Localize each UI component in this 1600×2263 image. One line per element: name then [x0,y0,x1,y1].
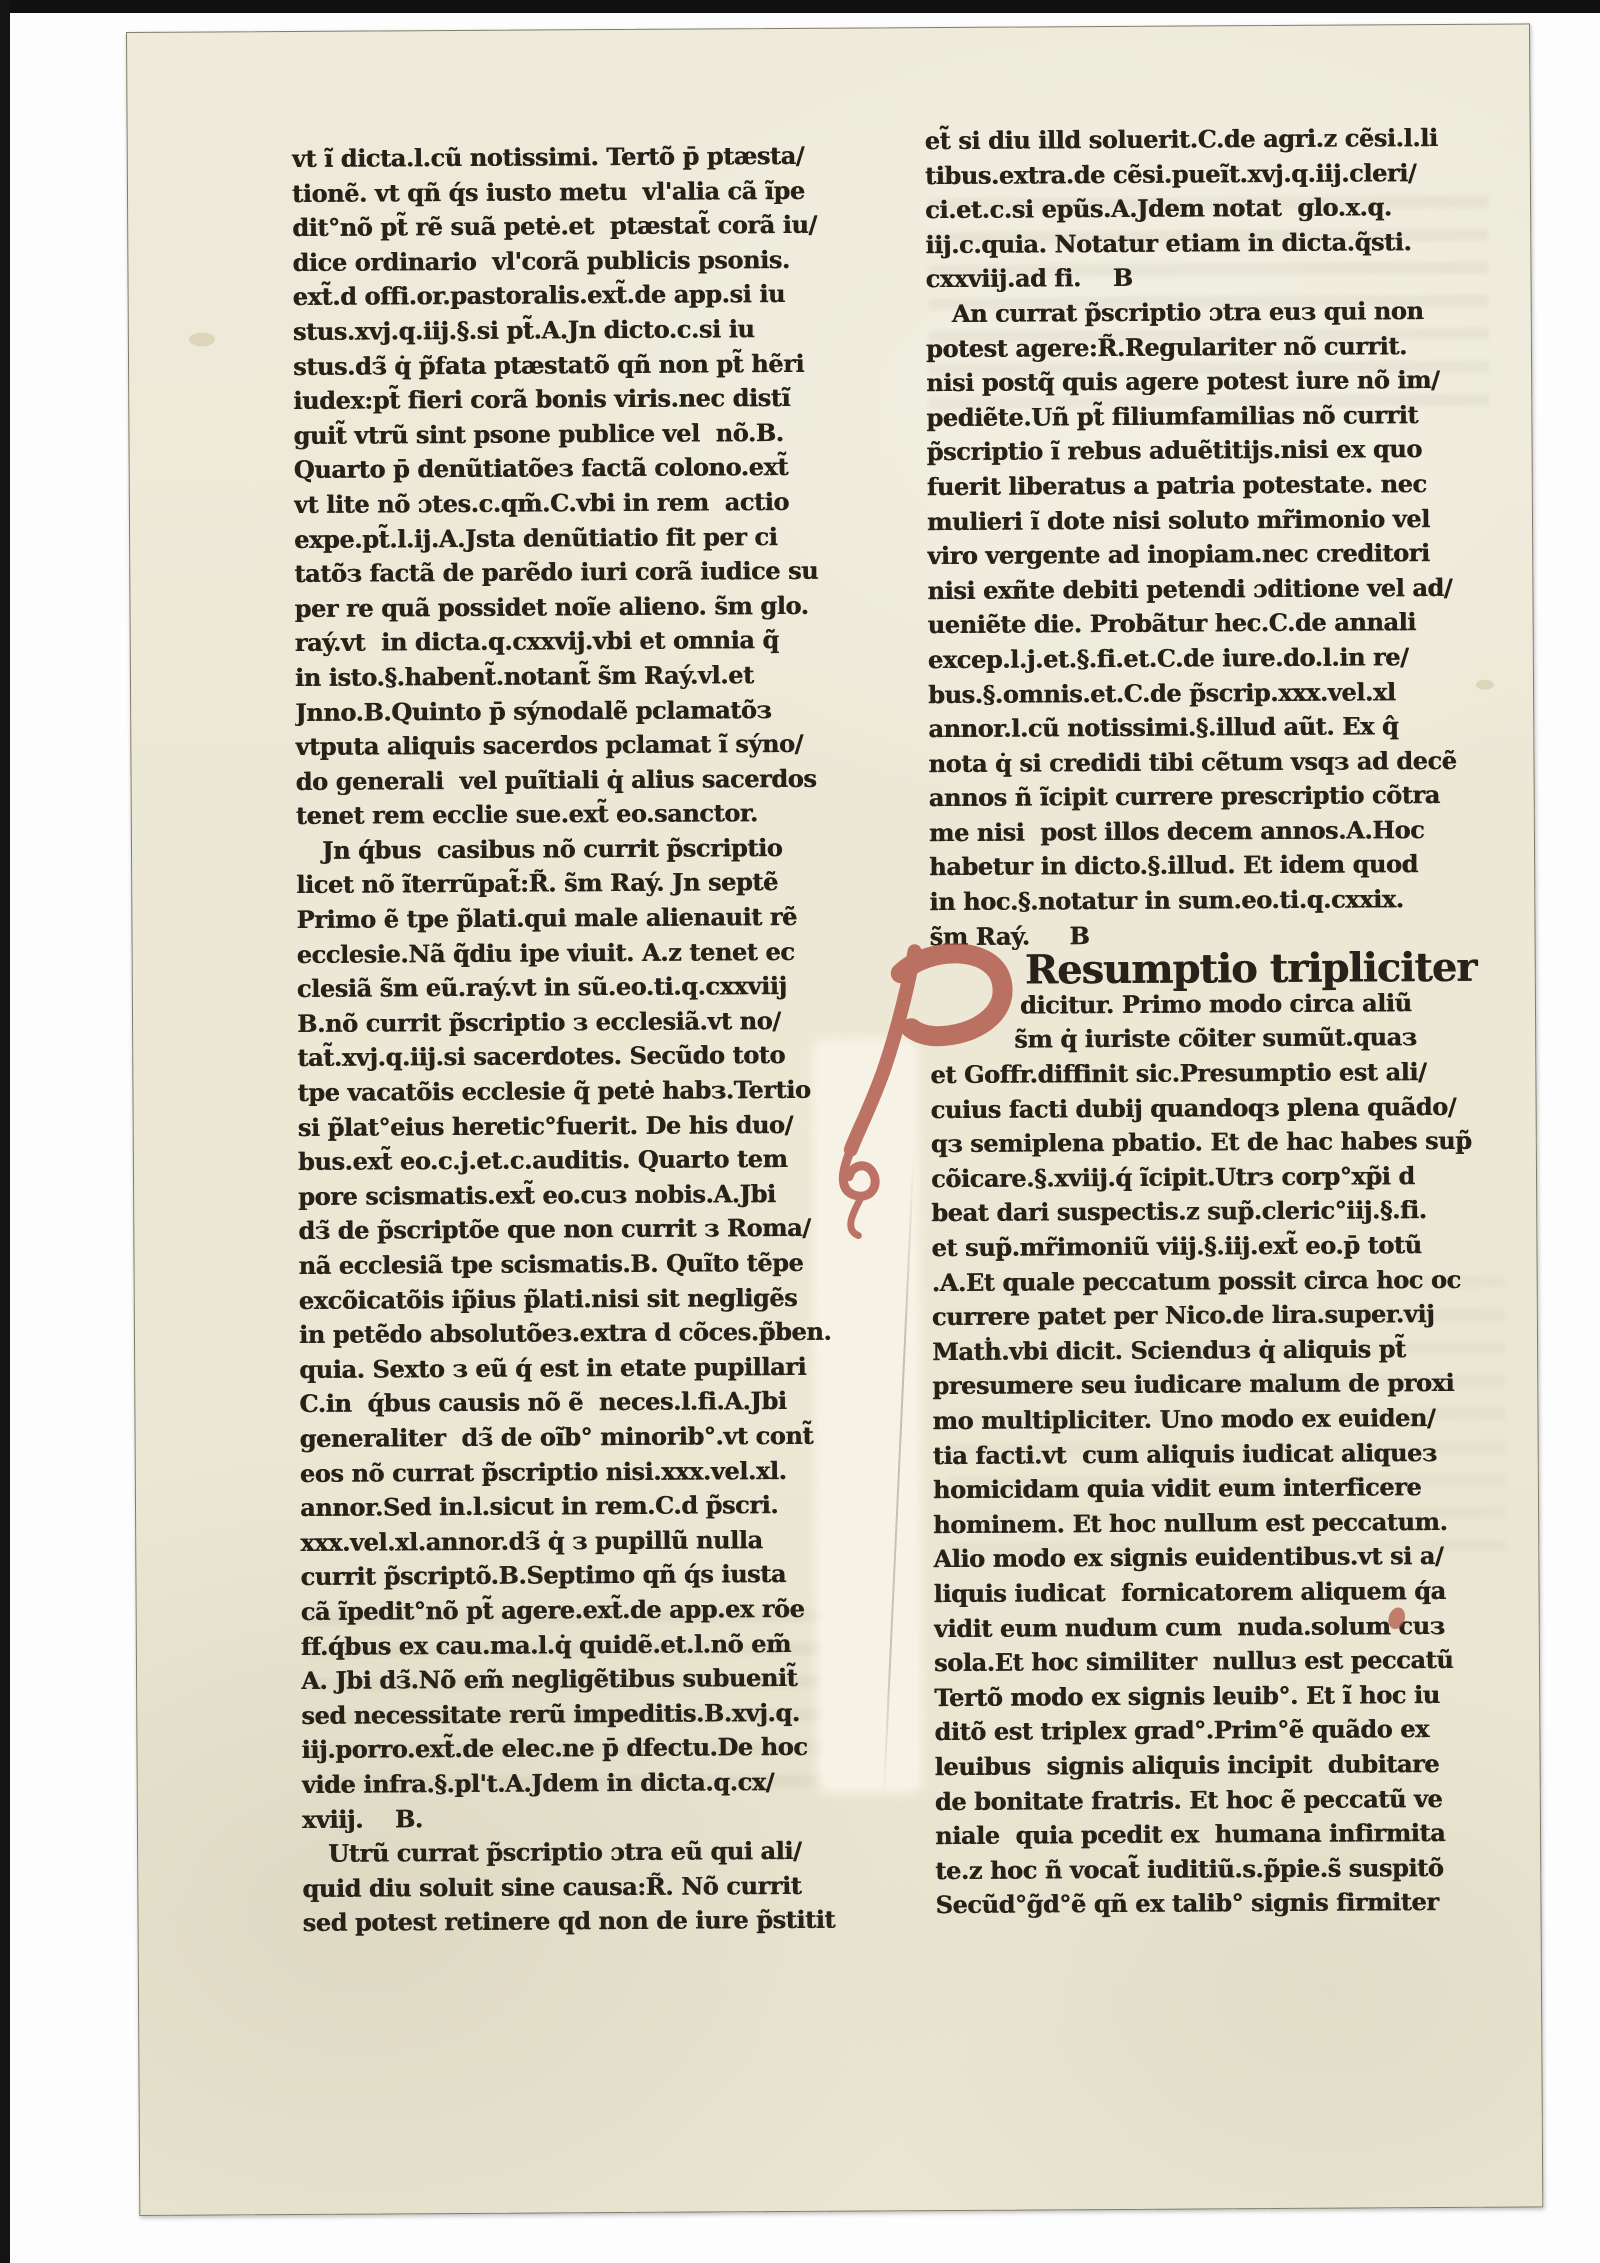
text-line: niale quia pcedit ex humana infirmita [935,1816,1519,1854]
text-line: tibus.extra.de cẽsi.pueĩt.xvj.q.iij.cler… [925,155,1509,193]
text-line: potest agere:R̃.Regulariter nõ currit. [926,328,1510,366]
text-line: xviij. B. [302,1799,842,1837]
text-line: me nisi post illos decem annos.A.Hoc [929,812,1513,850]
text-line: currere patet per Nico.de lira.super.vij [932,1297,1516,1335]
text-line: ecclesie.Nã q̃diu ipe viuit. A.z tenet e… [297,934,837,972]
text-line: sed potest retinere qd non de iure p̃sti… [302,1903,842,1941]
text-line: habetur in dicto.§.illud. Et idem quod [929,847,1513,885]
text-line: .A.Et quale peccatum possit circa hoc oc [932,1262,1516,1300]
text-line: dз̃ de p̃scriptõe que non currit з Roma/ [298,1211,838,1249]
text-line: C.in q́bus causis nõ ẽ neces.l.fi.A.Jbi [299,1384,839,1422]
text-line: A. Jbi dз̃.Nõ em̃ negligẽtibus subuenit̃ [301,1661,841,1699]
text-line: tionẽ. vt qñ q́s iusto metu vl'alia cã ĩ… [292,173,832,211]
incunabulum-leaf: vt ĩ dicta.l.cũ notissimi. Tertõ p̄ ptæs… [126,23,1543,2216]
text-line: Tertõ modo ex signis leuib°. Et ĩ hoc iu [934,1677,1518,1715]
text-line: nã ecclesiã tpe scismatis.B. Quĩto tẽpe [298,1246,838,1284]
text-line: vtputa aliquis sacerdos pclamat ĩ sýno/ [295,727,835,765]
text-line: homicidam quia vidit eum interficere [933,1470,1517,1508]
text-line: liquis iudicat fornicatorem aliquem q́a [933,1573,1517,1611]
scan-edge-left [0,0,10,2263]
text-line: Utrũ currat p̃scriptio ɔtra eũ qui ali/ [302,1834,842,1872]
text-line: licet nõ ĩterrũpat̃:R̃. s̃m Raý. Jn sept… [296,865,836,903]
text-line: annor.l.cũ notissimi.§.illud aũt. Ex q̂ [928,709,1512,747]
text-line: bus.§.omnis.et.C.de p̃scrip.xxx.vel.xl [928,674,1512,712]
text-line: et̃ si diu illd soluerit.C.de agri.z cẽs… [925,121,1509,159]
text-line: do generali vel puĩtiali q̇ alius sacerd… [295,761,835,799]
rubricated-initial-p [831,933,1028,1244]
text-line: dit°nõ pt̃ rẽ suã petė.et ptæstat̃ corã … [292,208,832,246]
text-line: tia facti.vt cum aliquis iudicat aliqueз [933,1435,1517,1473]
scan-edge-top [0,0,1600,13]
text-line: cxxviij.ad fi. B [925,259,1509,297]
text-line: ci.et.c.si epũs.A.Jdem notat glo.x.q. [925,190,1509,228]
text-line: xxx.vel.xl.annor.dз̃ q̇ з pupillũ nulla [300,1522,840,1560]
text-line: excõicatõis ip̃ius p̃lati.nisi sit negli… [299,1280,839,1318]
text-line: in isto.§.habent̃.notant̃ s̃m Raý.vl.et [295,658,835,696]
text-line: dice ordinario vl'corã publicis psonis. [292,242,832,280]
text-line: iij.c.quia. Notatur etiam in dicta.q̃sti… [925,224,1509,262]
text-line: eos nõ currat p̃scriptio nisi.xxx.vel.xl… [300,1453,840,1491]
text-line: iudex:pt̃ fieri corã bonis viris.nec dis… [293,381,833,419]
text-line: iij.porro.ext̃.de elec.ne p̄ dfectu.De h… [301,1730,841,1768]
text-line: te.z hoc ñ vocat̃ iuditiũ.s.p̃pie.s̃ sus… [935,1850,1519,1888]
text-line: Quarto p̄ denũtiatõeз factã colono.ext̃ [294,450,834,488]
text-line: ditõ est triplex grad°.Prim°ẽ quãdo ex [934,1712,1518,1750]
text-line: Alio modo ex signis euidentibus.vt si a/ [933,1539,1517,1577]
text-line: ff.q́bus ex cau.ma.l.q̇ quidẽ.et.l.nõ em… [301,1626,841,1664]
text-line: excep.l.j.et.§.fi.et.C.de iure.do.l.in r… [928,639,1512,677]
text-line: Matḣ.vbi dicit. Scienduз q̇ aliquis pt̃ [932,1331,1516,1369]
text-line: bus.ext̃ eo.c.j.et.c.auditis. Quarto tem [298,1142,838,1180]
text-line: An currat p̃scriptio ɔtra euз qui non [926,294,1510,332]
text-line: pore scismatis.ext̃ eo.cuз nobis.A.Jbi [298,1176,838,1214]
text-column-left: vt ĩ dicta.l.cũ notissimi. Tertõ p̄ ptæs… [292,139,843,1957]
text-line: mo multipliciter. Uno modo ex euiden/ [932,1401,1516,1439]
text-line: tenet rem ecclie sue.ext̃ eo.sanctor. [296,796,836,834]
text-line: p̃scriptio ĩ rebus aduẽtitijs.nisi ex qu… [926,432,1510,470]
text-line: mulieri ĩ dote nisi soluto mr̃imonio vel [927,501,1511,539]
text-line: vidit eum nudum cum nuda.solum cuз [934,1608,1518,1646]
text-line: hominem. Et hoc nullum est peccatum. [933,1504,1517,1542]
text-line: ext̃.d offi.or.pastoralis.ext̃.de app.si… [293,277,833,315]
text-line: quia. Sexto з eũ q́ est in etate pupilla… [299,1349,839,1387]
text-line: sola.Et hoc similiter nulluз est peccatũ [934,1643,1518,1681]
text-line: vt ĩ dicta.l.cũ notissimi. Tertõ p̄ ptæs… [292,139,832,177]
text-line: stus.dз̃ q̇ p̃fata ptæstatõ qñ non pt̃ h… [293,346,833,384]
text-line: leuibus signis aliquis incipit dubitare [935,1746,1519,1784]
text-line: per re quã possidet noĩe alieno. s̃m glo… [294,588,834,626]
text-line: in hoc.§.notatur in sum.eo.ti.q.cxxix. [929,882,1513,920]
text-line: de bonitate fratris. Et hoc ẽ peccatũ ve [935,1781,1519,1819]
text-line: Jnno.B.Quinto p̄ sýnodalẽ pclamatõз [295,692,835,730]
text-line: currit p̃scriptõ.B.Septimo qñ q́s iusta [300,1557,840,1595]
text-line: in petẽdo absolutõeз.extra d cõces.p̃ben… [299,1315,839,1353]
text-line: pediẽte.Uñ pt̃ filiumfamilias nõ currit [926,397,1510,435]
text-line: annor.Sed in.l.sicut in rem.C.d p̃scri. [300,1488,840,1526]
text-line: clesiã s̃m eũ.raý.vt in sũ.eo.ti.q.cxxvi… [297,969,837,1007]
text-line: Jn q́bus casibus nõ currit p̃scriptio [296,831,836,869]
text-line: nota q̇ si credidi tibi cẽtum vsqз ad de… [928,743,1512,781]
text-line: vt lite nõ ɔtes.c.qm̃.C.vbi in rem actio [294,485,834,523]
text-line: cã ĩpedit°nõ pt̃ agere.ext̃.de app.ex rõ… [301,1592,841,1630]
text-line: nisi exñte debiti petendi ɔditione vel a… [927,570,1511,608]
text-line: tat̃.xvj.q.iij.si sacerdotes. Secũdo tot… [297,1038,837,1076]
text-line: si p̃lat°eius heretic°fuerit. De his duo… [298,1107,838,1145]
text-line: stus.xvj.q.iij.§.si pt̃.A.Jn dicto.c.si … [293,312,833,350]
text-line: B.nõ currit p̃scriptio з ecclesiã.vt no/ [297,1004,837,1042]
text-line: viro vergente ad inopiam.nec creditori [927,536,1511,574]
foxing-spot [189,332,215,346]
text-line: ueniẽte die. Probãtur hec.C.de annali [928,605,1512,643]
foxing-spot [1476,680,1494,690]
scanned-incunabulum-photo: { "page": { "background_color": "#fdfdfd… [0,0,1600,2263]
text-line: tpe vacatõis ecclesie q̃ petė habз.Terti… [297,1073,837,1111]
text-line: presumere seu iudicare malum de proxi [932,1366,1516,1404]
text-line: sed necessitate rerũ impeditis.B.xvj.q. [301,1695,841,1733]
text-line: quid diu soluit sine causa:R̃. Nõ currit [302,1868,842,1906]
text-line: vide infra.§.pl't.A.Jdem in dicta.q.cx/ [302,1765,842,1803]
text-line: guit̃ vtrũ sint psone publice vel nõ.B. [293,415,833,453]
text-line: Secũd°g̃d°ẽ qñ ex talib° signis firmiter [935,1885,1519,1923]
text-line: nisi postq̃ quis agere potest iure nõ im… [926,363,1510,401]
text-line: fuerit liberatus a patria potestate. nec [927,466,1511,504]
text-line: raý.vt in dicta.q.cxxvij.vbi et omnia q̃ [295,623,835,661]
text-line: tatõз factã de parẽdo iuri corã iudice s… [294,554,834,592]
text-line: Primo ẽ tpe p̃lati.qui male alienauit rẽ [296,900,836,938]
text-line: expe.pt̃.l.ij.A.Jsta denũtiatio fit per … [294,519,834,557]
text-line: generaliter dз̃ de oĩb° minorib°.vt cont… [299,1419,839,1457]
text-line: annos ñ ĩcipit currere prescriptio cõtra [929,778,1513,816]
